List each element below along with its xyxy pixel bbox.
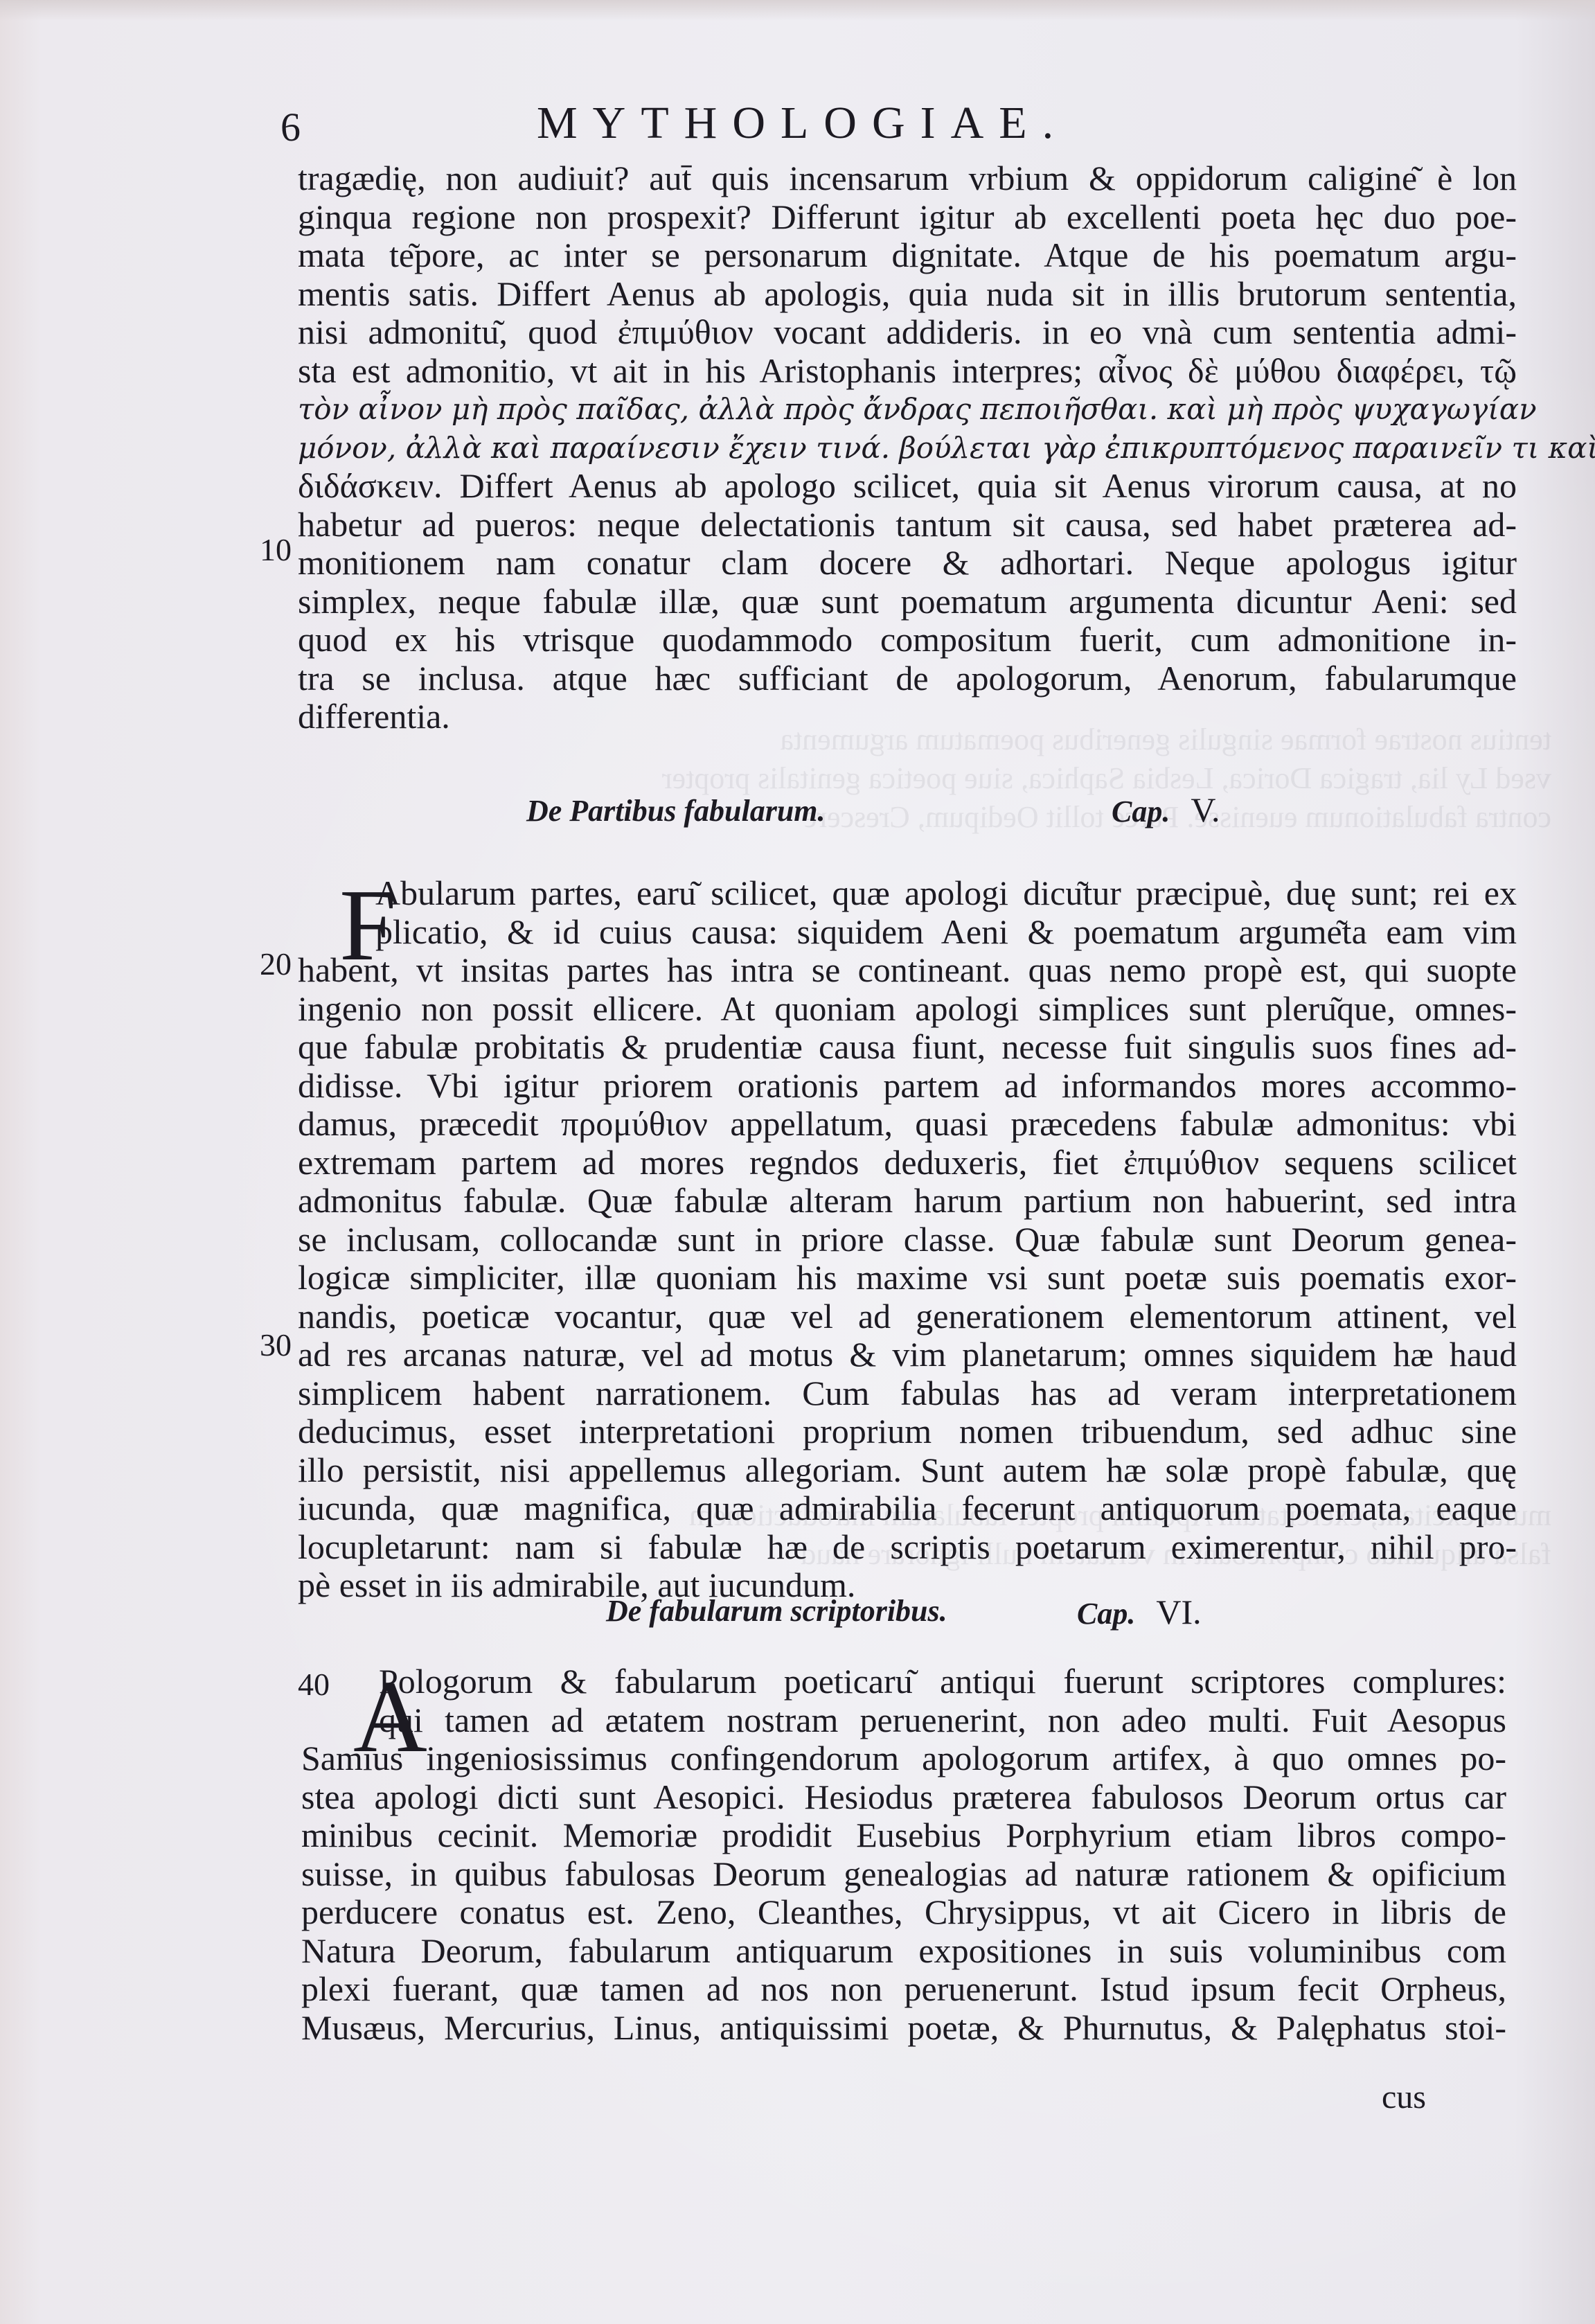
chapter-label: Cap.VI. xyxy=(1077,1592,1202,1632)
scanned-book-page: tentius nostrae formae singulis generibu… xyxy=(0,0,1595,2324)
text-line: plicatio, & id cuius causa: siquidem Aen… xyxy=(298,913,1517,952)
text-line: habetur ad pueros: neque delectationis t… xyxy=(298,506,1517,544)
text-line: nisi admonitu͂, quod ἐπιμύθιον vocant ad… xyxy=(298,313,1517,352)
margin-line-number: 10 xyxy=(260,531,292,568)
text-line: Natura Deorum, fabularum antiquarum expo… xyxy=(301,1932,1506,1971)
text-line: Musæus, Mercurius, Linus, antiquissimi p… xyxy=(301,2009,1506,2048)
page-number: 6 xyxy=(280,104,301,150)
text-line: minibus cecinit. Memoriæ prodidit Eusebi… xyxy=(301,1816,1506,1855)
chapter-number: VI. xyxy=(1156,1593,1201,1631)
chapter-heading: De Partibus fabularum. xyxy=(526,793,826,828)
chapter-label: Cap.V. xyxy=(1112,790,1220,830)
text-line: illo persistit, nisi appellemus allegori… xyxy=(298,1451,1517,1490)
text-line: nandis, poeticæ vocantur, quæ vel ad gen… xyxy=(298,1297,1517,1336)
text-line: habent, vt insitas partes has intra se c… xyxy=(298,951,1517,990)
text-line: ad res arcanas naturæ, vel ad motus & vi… xyxy=(298,1336,1517,1374)
catchword: cus xyxy=(1382,2078,1426,2116)
text-line: logicæ simpliciter, illæ quoniam his max… xyxy=(298,1259,1517,1297)
text-line: stea apologi dicti sunt Aesopici. Hesiod… xyxy=(301,1778,1506,1817)
text-line: διδάσκειν. Differt Aenus ab apologo scil… xyxy=(298,467,1517,506)
text-line: locupletarunt: nam si fabulæ hæ de scrip… xyxy=(298,1528,1517,1567)
text-line: didisse. Vbi igitur priorem orationis pa… xyxy=(298,1067,1517,1106)
text-line: sta est admonitio, vt ait in his Aristop… xyxy=(298,352,1517,391)
greek-quotation-line: μόνον, ἀλλὰ καὶ παραίνεσιν ἔχειν τινά. β… xyxy=(298,429,1517,468)
text-line: tragædię, non audiuit? aut̄ quis incensa… xyxy=(298,159,1517,198)
text-line: plexi fuerant, quæ tamen ad nos non peru… xyxy=(301,1970,1506,2009)
verso-bleed-through: tentius nostrae formae singulis generibu… xyxy=(305,720,1551,873)
text-line: tra se inclusa. atque hæc sufficiant de … xyxy=(298,659,1517,698)
cap-abbrev: Cap. xyxy=(1077,1597,1135,1631)
text-line: Pologorum & fabularum poeticaru͂ antiqui… xyxy=(301,1662,1506,1701)
text-line: iucunda, quæ magnifica, quæ admirabilia … xyxy=(298,1489,1517,1528)
text-line: simplicem habent narrationem. Cum fabula… xyxy=(298,1374,1517,1413)
text-line: quod ex his vtrisque quodammodo composit… xyxy=(298,621,1517,659)
text-line: mentis satis. Differt Aenus ab apologis,… xyxy=(298,275,1517,314)
text-line: que fabulæ probitatis & prudentiæ causa … xyxy=(298,1028,1517,1067)
text-line: mata te͂pore, ac inter se personarum dig… xyxy=(298,236,1517,275)
margin-line-number: 30 xyxy=(260,1327,292,1363)
text-line: Abularum partes, earu͂ scilicet, quæ apo… xyxy=(298,874,1517,913)
margin-line-number: 20 xyxy=(260,946,292,982)
text-line: Samius ingeniosissimus confingendorum ap… xyxy=(301,1739,1506,1778)
text-line: differentia. xyxy=(298,698,1517,736)
text-line: simplex, neque fabulæ illæ, quæ sunt poe… xyxy=(298,583,1517,621)
cap-abbrev: Cap. xyxy=(1112,795,1170,828)
text-line: monitionem nam conatur clam docere & adh… xyxy=(298,544,1517,583)
text-line: suisse, in quibus fabulosas Deorum genea… xyxy=(301,1855,1506,1894)
text-line: ingenio non possit ellicere. At quoniam … xyxy=(298,990,1517,1029)
section-continuation: tragædię, non audiuit? aut̄ quis incensa… xyxy=(298,159,1517,736)
text-line: perducere conatus est. Zeno, Cleanthes, … xyxy=(301,1893,1506,1932)
running-head: 6 MYTHOLOGIAE. xyxy=(280,97,1527,159)
text-line: admonitus fabulæ. Quæ fabulæ alteram har… xyxy=(298,1182,1517,1221)
chapter-number: V. xyxy=(1191,790,1220,829)
text-line: extremam partem ad mores regndos deduxer… xyxy=(298,1144,1517,1182)
text-line: deducimus, esset interpretationi propriu… xyxy=(298,1412,1517,1451)
text-line: ginqua regione non prospexit? Differunt … xyxy=(298,198,1517,237)
text-line: qui tamen ad ætatem nostram peruenerint,… xyxy=(301,1701,1506,1740)
running-title: MYTHOLOGIAE. xyxy=(537,97,1069,150)
text-line: damus, præcedit προμύθιον appellatum, qu… xyxy=(298,1105,1517,1144)
greek-quotation-line: τὸν αἶνον μὴ πρὸς παῖδας, ἀλλὰ πρὸς ἄνδρ… xyxy=(298,390,1517,429)
chapter-6-body: Pologorum & fabularum poeticaru͂ antiqui… xyxy=(301,1662,1506,2047)
text-line: se inclusam, collocandæ sunt in priore c… xyxy=(298,1221,1517,1259)
chapter-heading: De fabularum scriptoribus. xyxy=(606,1593,947,1629)
chapter-5-body: Abularum partes, earu͂ scilicet, quæ apo… xyxy=(298,874,1517,1605)
